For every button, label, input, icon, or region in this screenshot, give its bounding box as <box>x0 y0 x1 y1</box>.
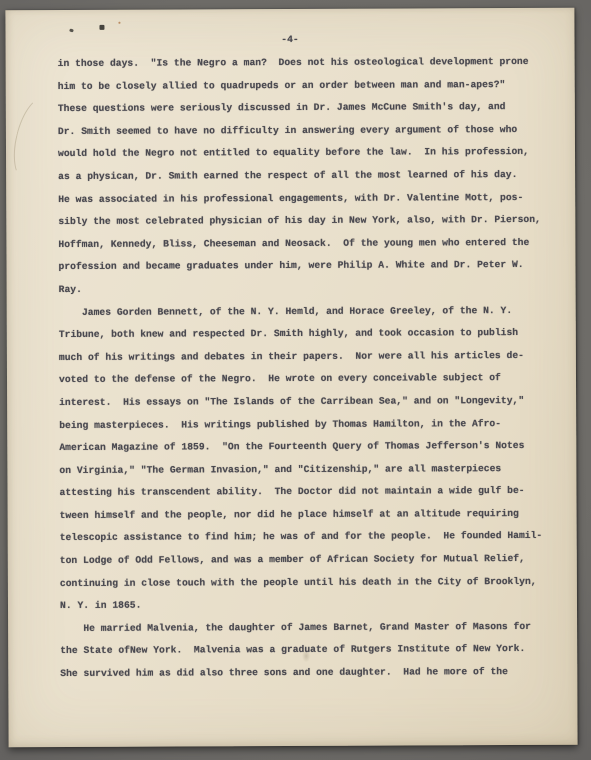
document-page: -4- in those days. "Is the Negro a man? … <box>5 8 577 747</box>
paragraph-1: in those days. "Is the Negro a man? Does… <box>58 51 559 302</box>
page-number: -4- <box>5 28 574 53</box>
paragraph-2: James Gorden Bennett, of the N. Y. Hemld… <box>59 299 560 617</box>
paragraph-3: He married Malvenia, the daughter of Jam… <box>60 616 560 686</box>
paper-stain <box>6 93 63 186</box>
ink-speck <box>118 22 120 24</box>
typewritten-text: in those days. "Is the Negro a man? Does… <box>58 51 561 686</box>
scan-background: -4- in those days. "Is the Negro a man? … <box>0 0 591 760</box>
